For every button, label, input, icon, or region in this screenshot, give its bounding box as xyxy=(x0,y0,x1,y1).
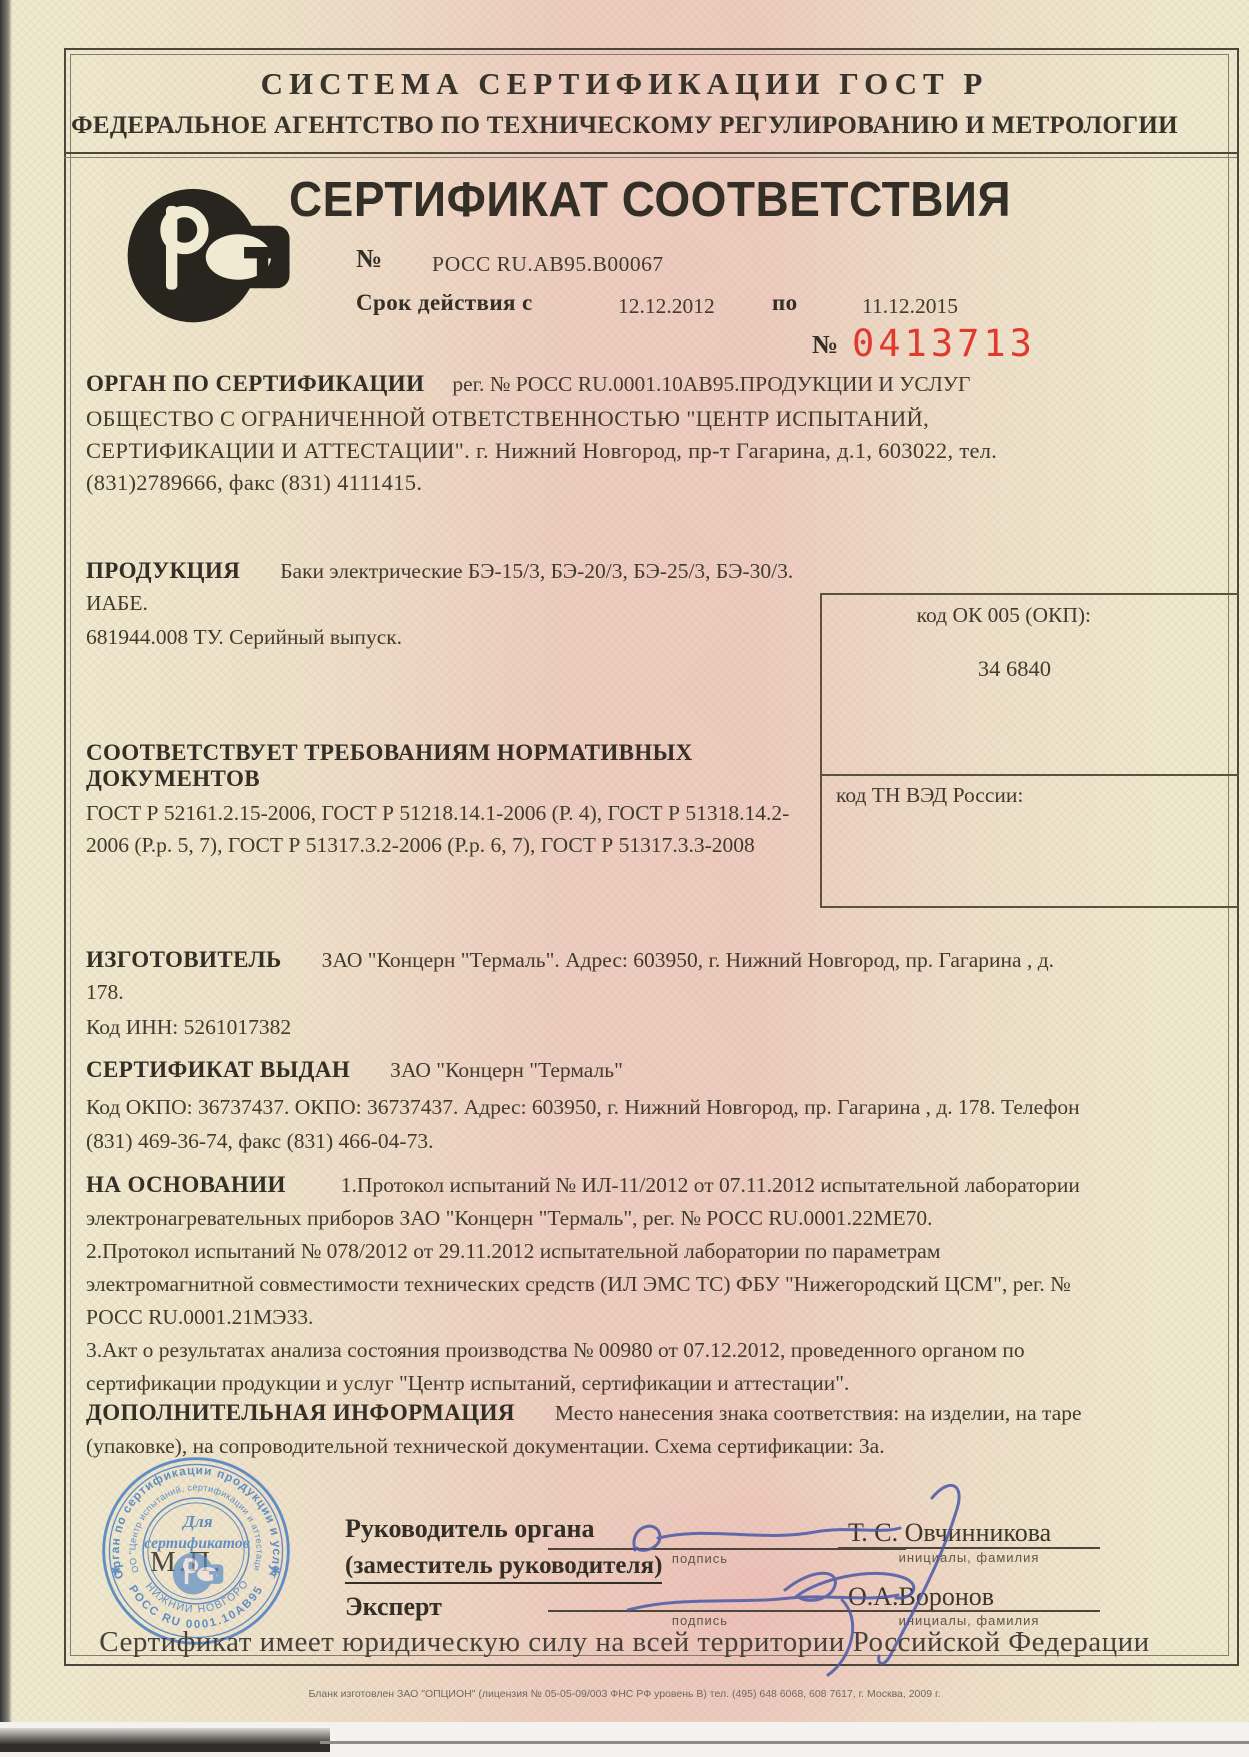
header-line1: СИСТЕМА СЕРТИФИКАЦИИ ГОСТ Р xyxy=(0,66,1249,102)
scan-bottom-dark-wedge xyxy=(0,1728,330,1752)
issued-label: СЕРТИФИКАТ ВЫДАН xyxy=(86,1057,390,1082)
expert-label: Эксперт xyxy=(345,1592,442,1622)
certification-stamp: Орган по сертификации продукции и услуг … xyxy=(95,1450,297,1652)
header-divider-line xyxy=(64,152,1237,154)
issued-name: ЗАО "Концерн "Термаль" xyxy=(390,1058,623,1082)
scan-left-edge xyxy=(0,0,12,1722)
blank-number-label: № xyxy=(812,330,839,360)
legal-statement: Сертификат имеет юридическую силу на все… xyxy=(0,1626,1249,1659)
section-organ: ОРГАН ПО СЕРТИФИКАЦИИрег. № РОСС RU.0001… xyxy=(86,368,1096,499)
rst-logo-icon xyxy=(122,186,298,328)
fine-print: Бланк изготовлен ЗАО "ОПЦИОН" (лицензия … xyxy=(0,1688,1249,1700)
scan-bottom-line xyxy=(320,1741,1249,1744)
section-conforms: СООТВЕТСТВУЕТ ТРЕБОВАНИЯМ НОРМАТИВНЫХ ДО… xyxy=(86,740,826,861)
stamp-center-line2: сертификатов xyxy=(144,1535,250,1552)
signature-ink xyxy=(580,1468,1020,1708)
tnved-code-box: код ТН ВЭД России: xyxy=(820,774,1239,908)
certificate-page: СИСТЕМА СЕРТИФИКАЦИИ ГОСТ Р ФЕДЕРАЛЬНОЕ … xyxy=(0,0,1249,1757)
conforms-body: ГОСТ Р 52161.2.15-2006, ГОСТ Р 51218.14.… xyxy=(86,797,816,861)
header-divider-line-2 xyxy=(64,157,1237,158)
basis-item-3: 3.Акт о результатах анализа состояния пр… xyxy=(86,1334,1086,1400)
head-of-body-label: Руководитель органа xyxy=(345,1514,595,1544)
cert-number-value: РОСС RU.AB95.B00067 xyxy=(432,248,664,280)
section-basis: НА ОСНОВАНИИ1.Протокол испытаний № ИЛ-11… xyxy=(86,1168,1086,1400)
valid-from-date: 12.12.2012 xyxy=(618,290,715,322)
validity-label: Срок действия с xyxy=(356,290,533,316)
okp-code-label: код ОК 005 (ОКП): xyxy=(917,599,1091,631)
tnved-code-label: код ТН ВЭД России: xyxy=(836,779,1023,811)
valid-to-label: по xyxy=(772,290,798,316)
basis-item-2: 2.Протокол испытаний № 078/2012 от 29.11… xyxy=(86,1235,1086,1334)
stamp-rst-mini-logo xyxy=(173,1553,223,1595)
organ-reg-number: рег. № РОСС RU.0001.10АВ95.ПРОДУКЦИИ И У… xyxy=(452,372,970,396)
okp-code-value: 34 6840 xyxy=(978,653,1051,685)
manufacturer-inn: Код ИНН: 5261017382 xyxy=(86,1011,1086,1043)
cert-number-label: № xyxy=(356,244,383,274)
certificate-title: СЕРТИФИКАТ СООТВЕТСТВИЯ xyxy=(250,170,1050,227)
organ-body: ОБЩЕСТВО С ОГРАНИЧЕННОЙ ОТВЕТСТВЕННОСТЬЮ… xyxy=(86,403,1036,499)
stamp-center-line1: Для xyxy=(181,1512,213,1531)
header-line2: ФЕДЕРАЛЬНОЕ АГЕНТСТВО ПО ТЕХНИЧЕСКОМУ РЕ… xyxy=(0,112,1249,140)
product-label: ПРОДУКЦИЯ xyxy=(86,558,280,583)
manufacturer-label: ИЗГОТОВИТЕЛЬ xyxy=(86,947,322,972)
section-manufacturer: ИЗГОТОВИТЕЛЬЗАО "Концерн "Термаль". Адре… xyxy=(86,944,1086,1043)
section-issued: СЕРТИФИКАТ ВЫДАНЗАО "Концерн "Термаль" К… xyxy=(86,1054,1096,1158)
okp-code-box: код ОК 005 (ОКП): 34 6840 xyxy=(820,593,1239,776)
blank-number-value: 0413713 xyxy=(852,322,1036,365)
stamp-star-left: ✱ xyxy=(110,1564,121,1578)
stamp-star-right: ✱ xyxy=(270,1564,281,1578)
additional-label: ДОПОЛНИТЕЛЬНАЯ ИНФОРМАЦИЯ xyxy=(86,1400,555,1425)
product-text-2: 681944.008 ТУ. Серийный выпуск. xyxy=(86,621,816,653)
valid-to-date: 11.12.2015 xyxy=(862,290,958,322)
conforms-label: СООТВЕТСТВУЕТ ТРЕБОВАНИЯМ НОРМАТИВНЫХ ДО… xyxy=(86,740,826,792)
basis-label: НА ОСНОВАНИИ xyxy=(86,1172,341,1197)
section-product: ПРОДУКЦИЯБаки электрические БЭ-15/3, БЭ-… xyxy=(86,555,816,653)
organ-label: ОРГАН ПО СЕРТИФИКАЦИИ xyxy=(86,371,452,396)
issued-body: Код ОКПО: 36737437. ОКПО: 36737437. Адре… xyxy=(86,1090,1096,1158)
